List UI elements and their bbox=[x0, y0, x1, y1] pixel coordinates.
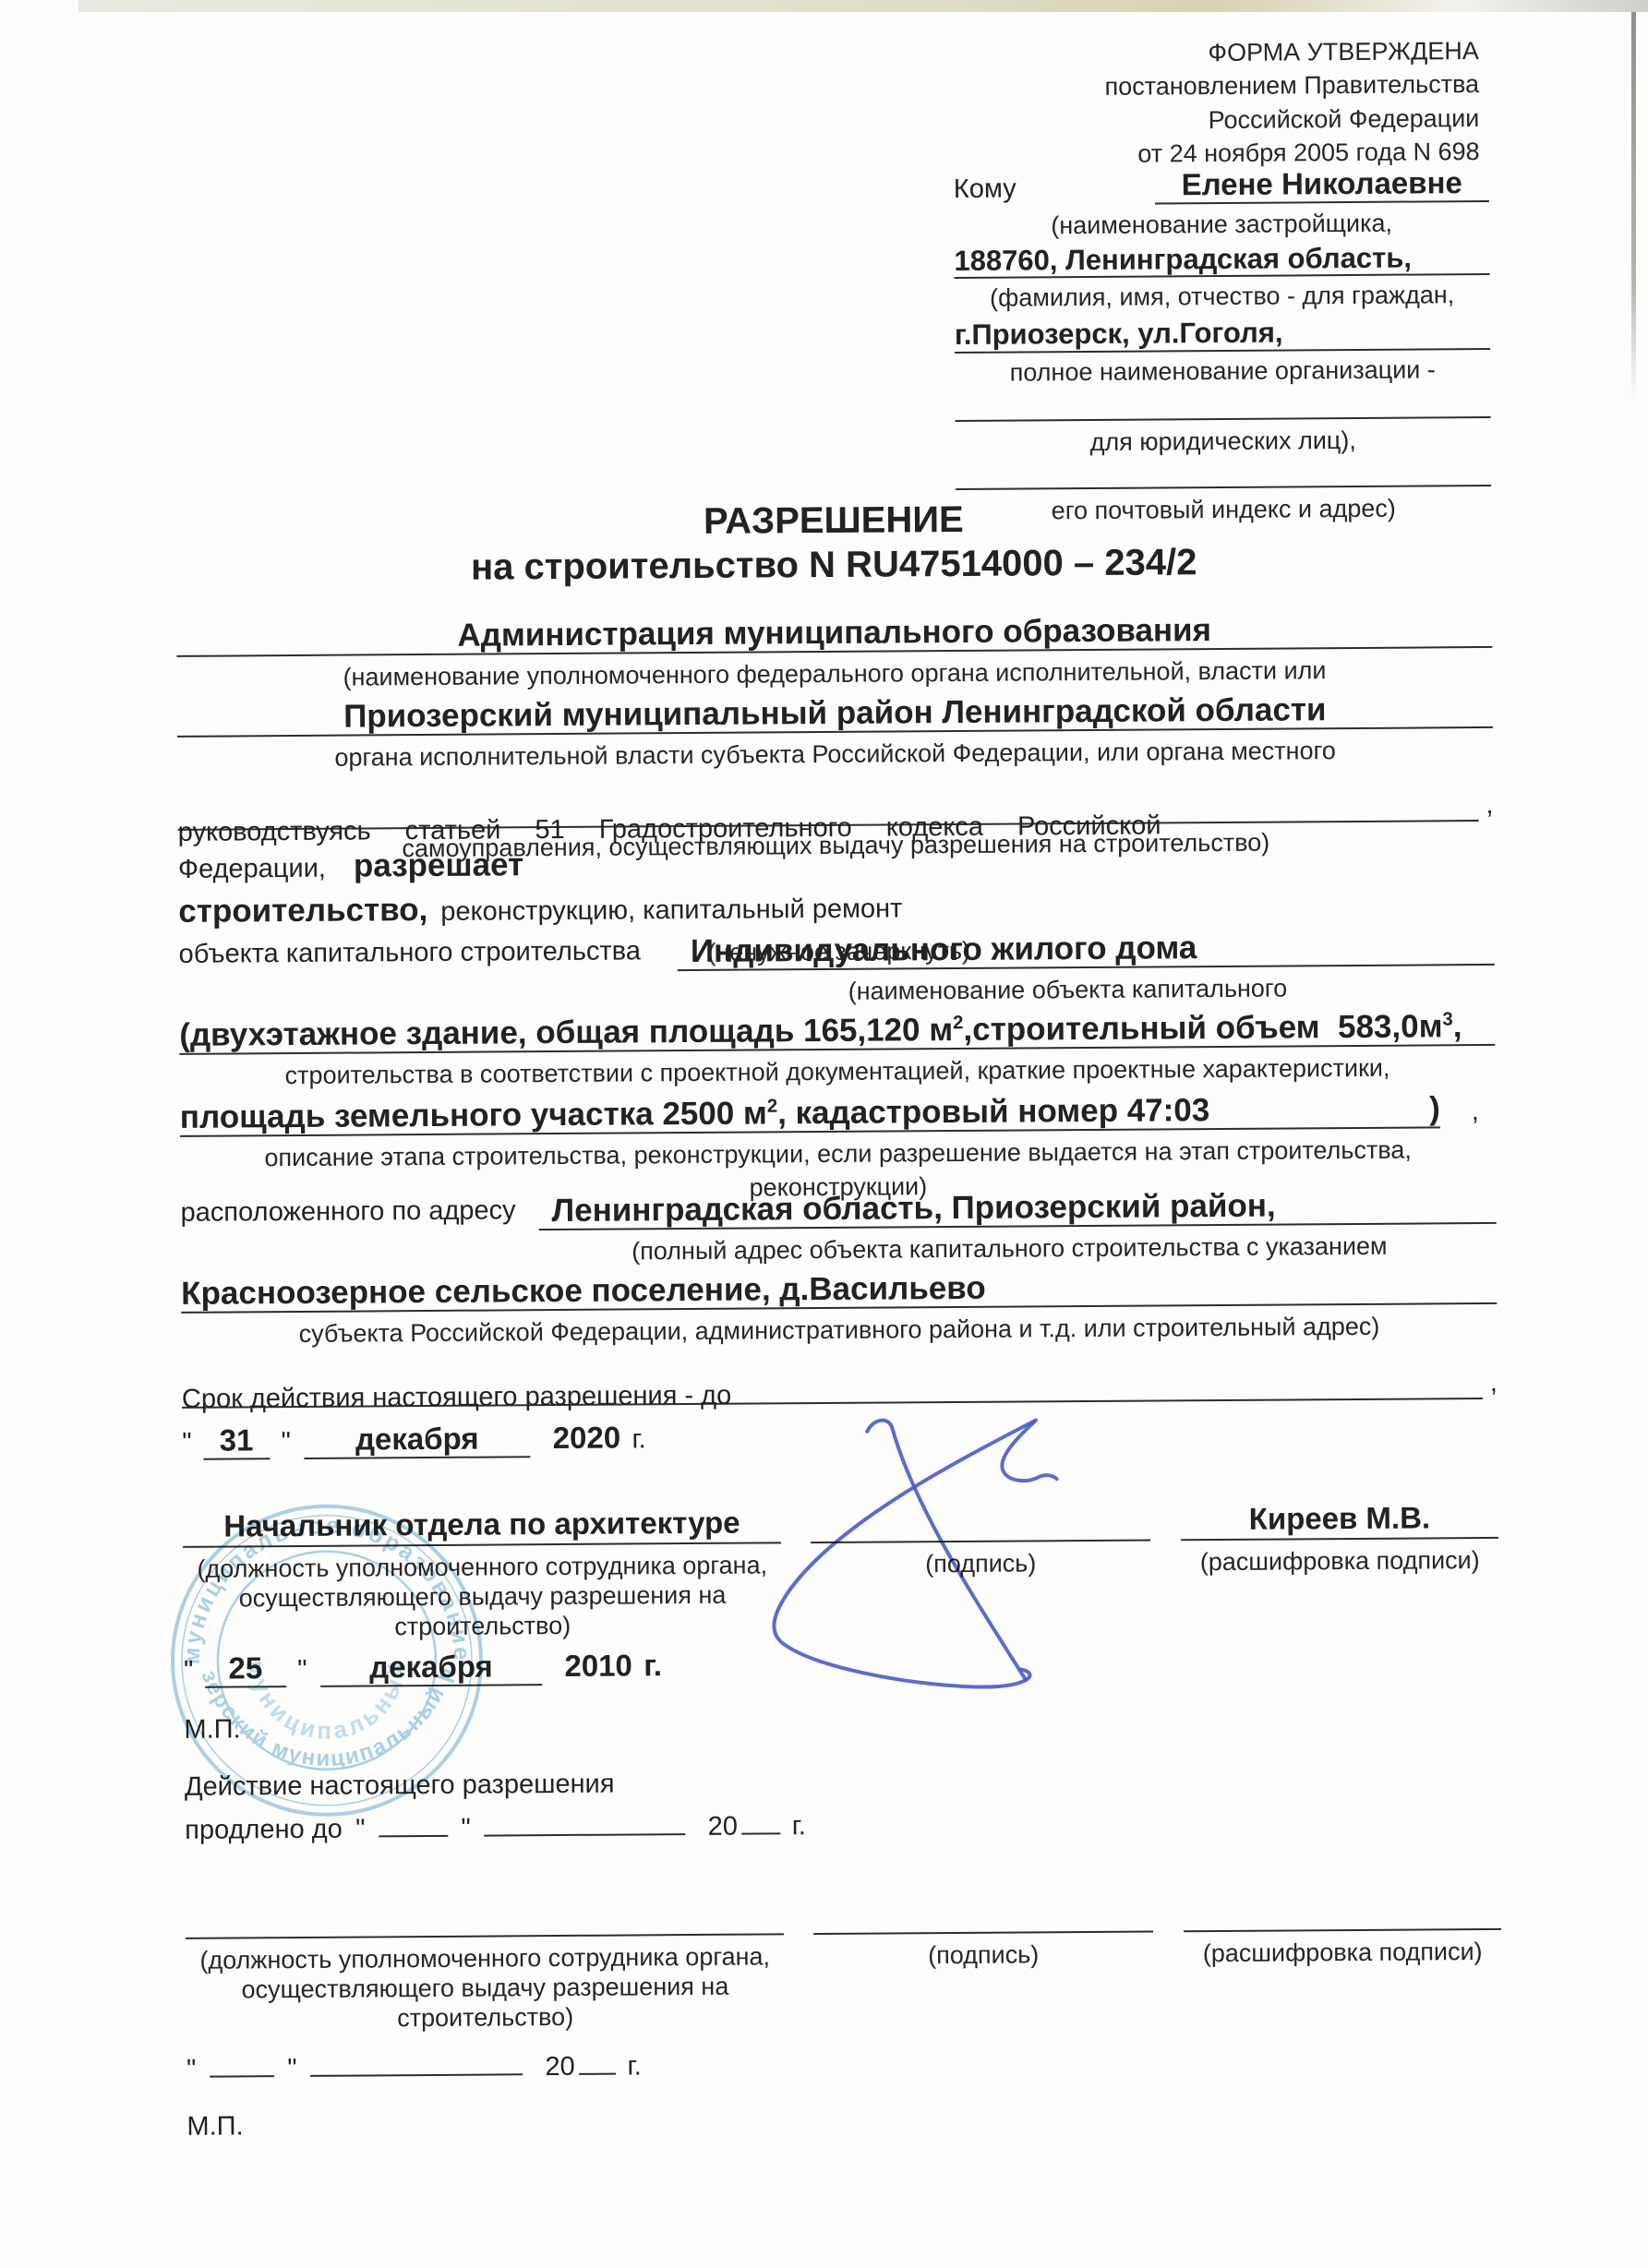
addressee-address-1: 188760, Ленинградская область, bbox=[954, 241, 1489, 280]
basis-line-2: строительство,реконструкцию, капитальный… bbox=[178, 883, 1498, 930]
specs-text-1: (двухэтажное здание, общая площадь 165,1… bbox=[179, 1012, 953, 1053]
caption-name: (расшифровка подписи) bbox=[1184, 1938, 1501, 1969]
blank-line bbox=[956, 481, 1491, 490]
addressee-block: Кому Елене Николаевне (наименование заст… bbox=[954, 165, 1492, 527]
caption-position: (должность уполномоченного сотрудника ор… bbox=[183, 1551, 782, 1643]
caption-org: полное наименование организации - bbox=[955, 355, 1490, 389]
year-suffix: г. bbox=[628, 2051, 642, 2081]
second-signing-block: (должность уполномоченного сотрудника ор… bbox=[186, 1895, 1502, 2035]
caption-name: (расшифровка подписи) bbox=[1181, 1546, 1498, 1578]
basis-construction: строительство, bbox=[178, 892, 427, 930]
blank-month bbox=[484, 1806, 685, 1837]
issue-date-row: " 25 " декабря 2010 г. bbox=[184, 1646, 1015, 1688]
object-specs: (двухэтажное здание, общая площадь 165,1… bbox=[179, 1008, 1495, 1055]
land-text: площадь земельного участка 2500 м2, када… bbox=[180, 1092, 1210, 1135]
land-sup: 2 bbox=[767, 1097, 777, 1117]
caption-position: (должность уполномоченного сотрудника ор… bbox=[186, 1942, 785, 2034]
year-suffix: г. bbox=[792, 1811, 806, 1841]
position-column: (должность уполномоченного сотрудника ор… bbox=[186, 1900, 785, 2034]
open-quote: " bbox=[186, 2055, 197, 2084]
caption-object-1: (наименование объекта капитального bbox=[641, 973, 1495, 1008]
basis-text-2: реконструкцию, капитальный ремонт bbox=[440, 894, 902, 926]
signature-line bbox=[811, 1503, 1150, 1544]
location-value-1: Ленинградская область, Приозерский район… bbox=[538, 1186, 1496, 1230]
signing-block: Начальник отдела по архитектуре (должнос… bbox=[183, 1500, 1499, 1644]
position-line bbox=[186, 1900, 784, 1939]
validity-year: 2020 bbox=[553, 1420, 621, 1455]
land-text-1: площадь земельного участка 2500 м bbox=[180, 1096, 767, 1135]
issue-day: 25 bbox=[205, 1650, 286, 1688]
land-line: площадь земельного участка 2500 м2, када… bbox=[180, 1090, 1440, 1137]
extension-prefix: продлено до bbox=[185, 1814, 343, 1844]
authority-name-2: Приозерский муниципальный район Ленингра… bbox=[177, 690, 1493, 738]
officer-name: Киреев М.В. bbox=[1181, 1500, 1498, 1541]
trailing-comma: , bbox=[1472, 1097, 1479, 1129]
addressee-name-row: Кому Елене Николаевне bbox=[954, 165, 1489, 206]
object-name: Индивидуального жилого дома bbox=[678, 928, 1495, 971]
caption-developer: (наименование застройщика, bbox=[954, 209, 1489, 242]
position-column: Начальник отдела по архитектуре (должнос… bbox=[183, 1505, 782, 1643]
land-text-2: , кадастровый номер 47:03 bbox=[777, 1092, 1209, 1131]
blank-day bbox=[210, 2047, 274, 2077]
second-date-row: " " 20 г. bbox=[186, 2044, 833, 2086]
close-quote: " bbox=[281, 1427, 291, 1457]
basis-permits: разрешает bbox=[354, 846, 524, 883]
addressee-label: Кому bbox=[954, 174, 1016, 206]
specs-comma: , bbox=[1453, 1008, 1462, 1044]
signature-column: (подпись) bbox=[811, 1503, 1151, 1580]
caption-object-3: описание этапа строительства, реконструк… bbox=[180, 1135, 1496, 1174]
validity-date-row: " 31 " декабря 2020 г. bbox=[182, 1414, 1498, 1460]
caption-object-2: строительства в соответствии с проектной… bbox=[179, 1053, 1495, 1092]
caption-person: (фамилия, имя, отчество - для граждан, bbox=[955, 281, 1490, 314]
signature-column: (подпись) bbox=[813, 1898, 1154, 1972]
specs-sup-3: 3 bbox=[1442, 1010, 1452, 1030]
open-quote: " bbox=[184, 1656, 194, 1686]
caption-authority-1: (наименование уполномоченного федерально… bbox=[176, 655, 1492, 694]
caption-signature: (подпись) bbox=[811, 1549, 1150, 1580]
seal-mark: М.П. bbox=[186, 2110, 243, 2142]
title-line-2: на строительство N RU47514000 – 234/2 bbox=[176, 538, 1492, 592]
extension-line-1: Действие настоящего разрешения bbox=[185, 1766, 1016, 1804]
year-prefix: 20 bbox=[708, 1811, 738, 1841]
caption-authority-2: органа исполнительной власти субъекта Ро… bbox=[177, 736, 1493, 774]
document-sheet: ФОРМА УТВЕРЖДЕНА постановлением Правител… bbox=[0, 0, 1648, 2268]
seal-mark: М.П. bbox=[184, 1713, 240, 1746]
spacer bbox=[1209, 1127, 1429, 1129]
caption-location-1: (полный адрес объекта капитального строи… bbox=[523, 1231, 1497, 1267]
basis-text: руководствуясь статьей 51 Градостроитель… bbox=[178, 810, 1161, 883]
location-label: расположенного по адресу bbox=[180, 1195, 515, 1233]
approval-header-line: ФОРМА УТВЕРЖДЕНА bbox=[1091, 34, 1479, 70]
object-row: объекта капитального строительства Индив… bbox=[178, 928, 1494, 975]
document-title: РАЗРЕШЕНИЕ на строительство N RU47514000… bbox=[175, 494, 1492, 592]
blank-line bbox=[956, 413, 1491, 422]
issue-year: 2010 bbox=[564, 1648, 632, 1683]
scanned-construction-permit: ФОРМА УТВЕРЖДЕНА постановлением Правител… bbox=[0, 0, 1648, 2268]
land-row: площадь земельного участка 2500 м2, када… bbox=[180, 1090, 1496, 1137]
authority-name-1: Администрация муниципального образования bbox=[176, 610, 1492, 657]
validity-block: Срок действия настоящего разрешения - до… bbox=[182, 1374, 1498, 1460]
blank-month bbox=[310, 2046, 523, 2077]
location-row: расположенного по адресу Ленинградская о… bbox=[180, 1186, 1496, 1233]
close-quote: " bbox=[287, 2054, 297, 2083]
specs-sup-2: 2 bbox=[953, 1013, 963, 1033]
validity-day: 31 bbox=[203, 1422, 270, 1459]
specs-text-2: ,строительный объем 583,0м bbox=[963, 1008, 1442, 1048]
approval-header: ФОРМА УТВЕРЖДЕНА постановлением Правител… bbox=[1091, 34, 1480, 172]
year-prefix: 20 bbox=[545, 2052, 574, 2082]
location-value-2: Красноозерное сельское поселение, д.Васи… bbox=[181, 1266, 1497, 1314]
addressee-name: Елене Николаевне bbox=[1154, 165, 1488, 204]
close-quote: " bbox=[461, 1813, 471, 1842]
open-quote: " bbox=[355, 1814, 366, 1843]
basis-line-1: руководствуясь статьей 51 Градостроитель… bbox=[178, 808, 1498, 886]
extension-block: Действие настоящего разрешения продлено … bbox=[185, 1766, 1016, 1847]
addressee-address-2: г.Приозерск, ул.Гоголя, bbox=[955, 315, 1490, 354]
approval-header-line: постановлением Правительства bbox=[1091, 67, 1479, 103]
year-suffix: г. bbox=[632, 1424, 645, 1454]
caption-legal: для юридических лиц), bbox=[956, 426, 1491, 459]
year-suffix: г. bbox=[644, 1648, 662, 1682]
open-quote: " bbox=[182, 1428, 192, 1458]
blank-day bbox=[379, 1807, 448, 1838]
close-quote: " bbox=[297, 1655, 307, 1685]
issue-month: декабря bbox=[320, 1649, 542, 1687]
caption-signature: (подпись) bbox=[813, 1940, 1153, 1972]
name-line bbox=[1184, 1895, 1501, 1932]
spacer bbox=[1016, 204, 1155, 205]
approval-header-line: Российской Федерации bbox=[1091, 102, 1479, 138]
name-column: Киреев М.В. (расшифровка подписи) bbox=[1181, 1500, 1499, 1578]
extension-line-2: продлено до " " 20 г. bbox=[185, 1803, 1016, 1846]
object-label: объекта капитального строительства bbox=[179, 936, 642, 975]
blank-year bbox=[579, 2046, 616, 2075]
object-block: объекта капитального строительства Индив… bbox=[178, 928, 1496, 1207]
name-column: (расшифровка подписи) bbox=[1184, 1895, 1502, 1969]
closing-paren: ) bbox=[1429, 1090, 1440, 1126]
caption-location-2: субъекта Российской Федерации, администр… bbox=[181, 1312, 1497, 1350]
validity-month: декабря bbox=[304, 1421, 530, 1459]
officer-position: Начальник отдела по архитектуре bbox=[183, 1505, 781, 1548]
blank-year bbox=[741, 1805, 780, 1834]
signature-line bbox=[813, 1898, 1153, 1936]
